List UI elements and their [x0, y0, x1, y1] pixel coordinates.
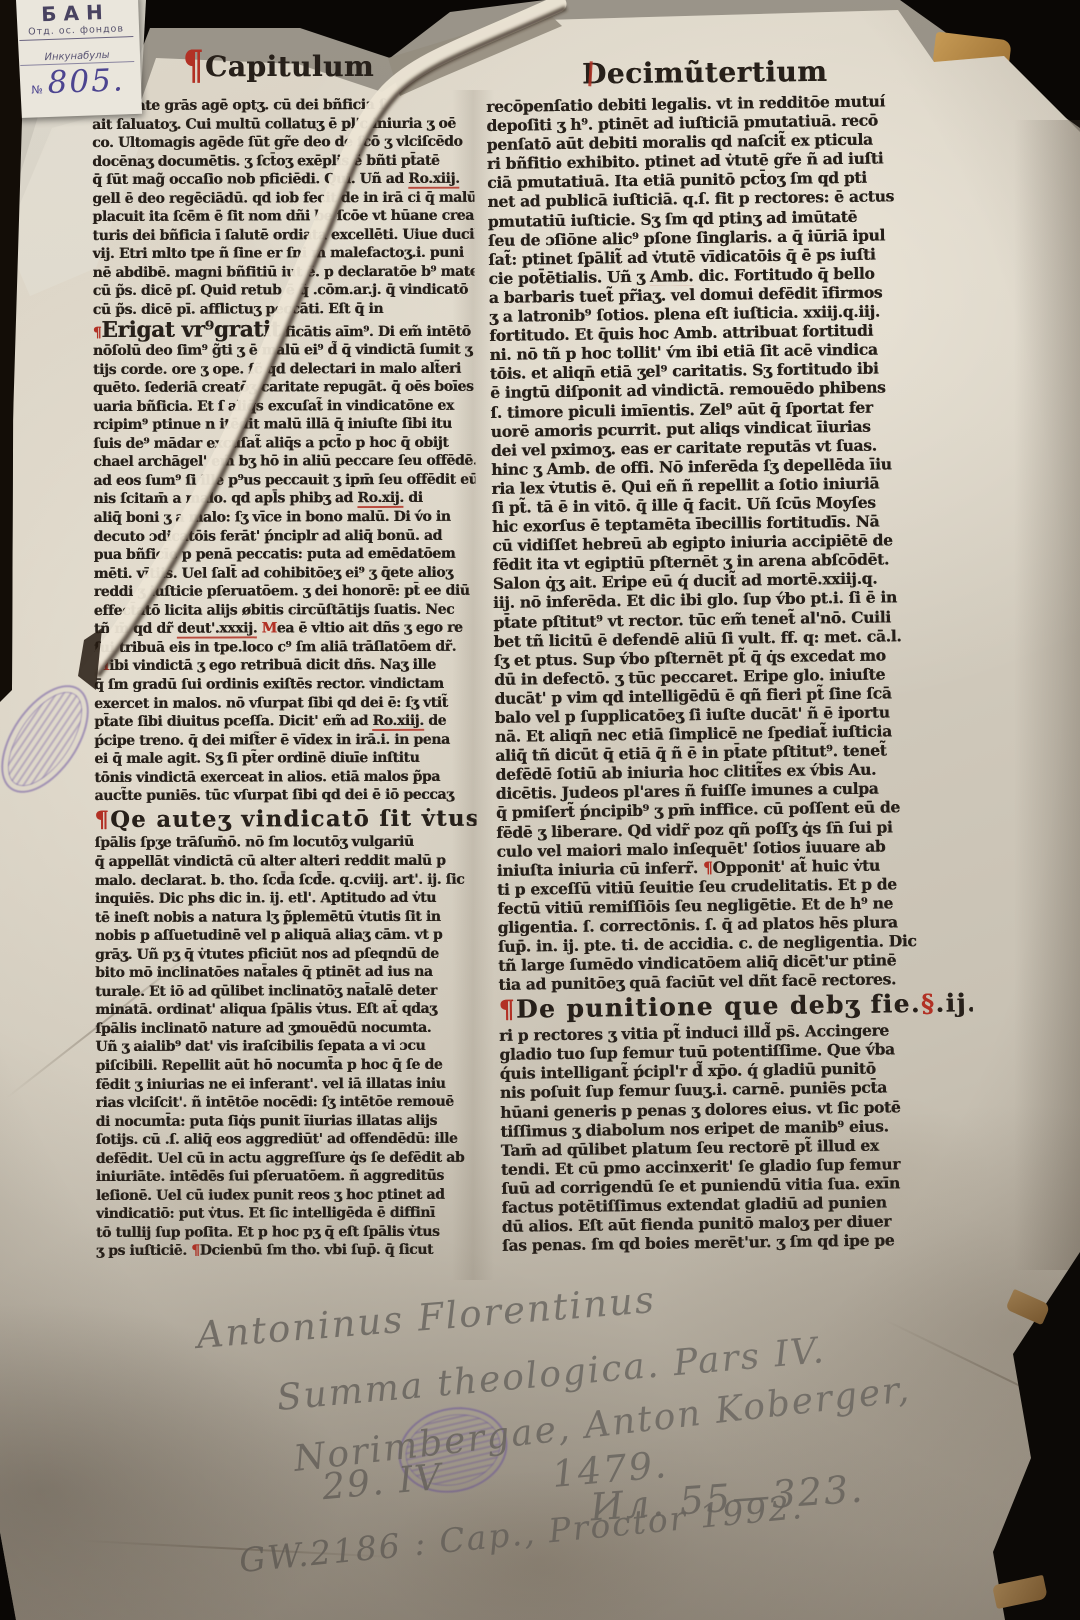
- text-line: q̄ ſm gradū ſui ordinis exiſtēs rector. …: [94, 675, 476, 695]
- text-line: minatā. ordinat' aliqua ſpālis v̇tus. Eſ…: [95, 1000, 477, 1020]
- text-line: pt̄ate ſibi diuitus pceſſa. Dicit' em̃ a…: [94, 712, 476, 732]
- text-line: ʒ ps iuſticiē. ¶Dcienbū ſm tho. vbi ſup̄…: [96, 1241, 478, 1261]
- text-column-right: recōpenſatio debiti legalis. vt in reddi…: [486, 90, 976, 1272]
- rubric-red-text: ¶: [93, 325, 102, 341]
- running-header-left: ¶Capitulum: [183, 46, 374, 84]
- text-line: turis dei bñficia ī ſalutē ordiata excel…: [92, 225, 474, 245]
- text-line: inquiēs. Dic phs dic in. ij. etl'. Aptit…: [95, 889, 477, 909]
- red-underlined-citation: Ro.xiij.: [372, 713, 423, 731]
- text-line: ¶Erigat vr⁹gratit ficātis aīm⁹. Di em̃ i…: [93, 318, 475, 342]
- text-line: ei q̄ male agit. Sʒ ſi pt̃er ordinē diuī…: [94, 749, 476, 769]
- text-line: ſpālis ſpʒe trāſum̄ō. nō ſm locutōʒ vulg…: [95, 833, 477, 853]
- text-column-left: dignitate grās agē optʒ. cū dei bñficia …: [92, 96, 478, 1265]
- text-line: vij. Etri mlto tpe ñ ſine er ſni m malef…: [93, 244, 475, 264]
- text-line: docēnaʒ documētis. ʒ ſct̄oʒ exēplis ē bñ…: [92, 151, 474, 171]
- text-line: quēto. ſederiā creatōʒ caritate repugāt.…: [93, 378, 475, 398]
- text-line: mēti. vītiis. Uel ſalt̄ ad cohibitōeʒ ei…: [94, 563, 476, 583]
- text-line: defēdit. Uel cū in actu aggreſſure q̇s ſ…: [96, 1148, 478, 1168]
- rubric-red-text: ¶: [703, 858, 713, 877]
- text-line: tōnis vindictā exerceat in alios. etiā m…: [94, 767, 476, 787]
- text-line: dignitate grās agē optʒ. cū dei bñficia …: [92, 96, 474, 116]
- text-line: nē abdibē. magni bñfitiū iut ē. p declar…: [93, 263, 475, 283]
- section-heading: ¶Qe auteʒ vindicatō ſit v̇tus.§.j.: [94, 804, 476, 834]
- text-line: exercet in malos. nō vſurpat ſibi qd dei…: [94, 693, 476, 713]
- text-line: iniuriāte. intēdēs ſui pſeruatōem. ñ agg…: [96, 1167, 478, 1187]
- text-line: ſotijs. cū .ſ. aliq̄ eos aggrediūt' ad o…: [96, 1130, 478, 1150]
- shelf-label-number: № 805.: [20, 62, 135, 102]
- text-line: vindicatiō: put v̇tus. Et ſic intelligēd…: [96, 1204, 478, 1224]
- text-line: Mibi vindictā ʒ ego retribuā dicit dñs. …: [94, 656, 476, 676]
- text-line: tñ m̄ qd dr̃ deut'.xxxij. Mea ē vltio ai…: [94, 619, 476, 639]
- text-line: cū p̃s. dicē pſ. Quid retub ē q̄ .cōm.ar…: [93, 281, 475, 301]
- photograph-of-incunabulum-page: ¶Capitulum Decimũtertium dignitate grās …: [0, 0, 1080, 1620]
- text-line: leſionē. Uel cū iudex punit reos ʒ hoc p…: [96, 1186, 478, 1206]
- text-line: gell ē deo regēciādū. qd iob fecit de in…: [92, 188, 474, 208]
- text-line: uaria bñficia. Et ſ aliq̄s excuſat̃ in v…: [93, 396, 475, 416]
- text-line: Uñ ʒ aialib⁹ dat' vis iraſcibilis ſepata…: [95, 1037, 477, 1057]
- text-line: ait ſaluatoʒ. Cui multū collatuʒ ē pl'c …: [92, 114, 474, 134]
- pilcrow-icon: ¶: [183, 41, 204, 89]
- rubric-red-text: M: [94, 658, 109, 674]
- text-line: ſui tribuā eis in tpe.loco c⁹ ſm aliā tr…: [94, 638, 476, 658]
- text-line: ſpālis inclinatō nature ad ʒmouēdū nocum…: [95, 1019, 477, 1039]
- rubric-red-text: ¶: [94, 807, 110, 833]
- numero-sign: №: [31, 83, 43, 96]
- text-line: nōſolū deo ſim⁹ g̃ti ʒ ē malū ei⁹ d̃ q̄ …: [93, 341, 475, 361]
- text-line: piſcibili. Repellit aūt hō nocumt̄a p ho…: [95, 1056, 477, 1076]
- text-line: reddi ʒ iuſticie pſeruatōem. ʒ dei honor…: [94, 582, 476, 602]
- text-line: tē ineſt nobis a natura lʒ p̃plemētū v̇t…: [95, 907, 477, 927]
- shelf-number-value: 805.: [47, 62, 125, 101]
- text-line: q̄ appellāt vindictā cū alter alteri red…: [95, 852, 477, 872]
- text-line: aliq̄ boni ʒ a malo: ſʒ vīce in bono mal…: [93, 508, 475, 528]
- text-line: q̄ ſūt mag̃ occaſio nob pficiēdi. Qui. U…: [92, 170, 474, 190]
- text-line: rcipim⁹ ptinue n itēdit malū illā q̄ ini…: [93, 415, 475, 435]
- red-underlined-citation: deut'.xxxij.: [177, 621, 257, 639]
- text-line: tijs corde. ore ʒ ope. ſc̃ qd delectari …: [93, 359, 475, 379]
- text-line: decuto ɔdicatōis ferāt' ṕnciplr ad aliq̄…: [94, 526, 476, 546]
- large-initial-text: Erigat vr⁹gratit: [101, 318, 280, 342]
- text-line: pua bñficīe p penā peccatis: puta ad emē…: [94, 545, 476, 565]
- text-line: ṕcipe treno. q̄ dei miſt̃er ē vīdex in i…: [94, 730, 476, 750]
- red-underlined-citation: Ro.xiij.: [408, 171, 459, 189]
- text-line: tō tullij ſup poſita. Et p hoc pʒ q̄ eſt…: [96, 1223, 478, 1243]
- text-line: malo. declarat. b. tho. ſcd̄a ſcd̄e. q.c…: [95, 870, 477, 890]
- rubric-red-text: §: [921, 989, 936, 1018]
- running-header-right: Decimũtertium: [589, 55, 835, 91]
- text-line: turale. Et iō ad qūlibet inclinatōʒ nat̄…: [95, 981, 477, 1001]
- text-line: nis ſcitam̄ a malo. qd apl̄s phibʒ ad Ro…: [93, 489, 475, 509]
- text-line: auct̃te puniēs. tūc vſurpat ſibi qd dei …: [94, 786, 476, 806]
- text-line: cū p̃s. dicē pī. afflictuʒ peccāti. Eſt …: [93, 300, 475, 320]
- rubric-red-text: M: [262, 621, 277, 637]
- text-line: chael archāgel' em̃ bʒ hō in aliū peccar…: [93, 452, 475, 472]
- text-line: ſuis de⁹ mādar excuſat̃ aliq̄s a pct̄o p…: [93, 434, 475, 454]
- shelf-label-department: Отд. ос. фондов: [19, 23, 133, 41]
- page-edge-shadow: [1014, 120, 1080, 1270]
- shelf-label: БАН Отд. ос. фондов Инкунабулы № 805.: [12, 0, 142, 118]
- text-line: nobis p aſſuetudinē vel p aliquā aliaʒ c…: [95, 926, 477, 946]
- rubric-red-text: ¶: [499, 995, 517, 1024]
- text-line: fēdit ʒ iniurias ne ei inferant'. vel iā…: [95, 1074, 477, 1094]
- text-line: grāʒ. Uñ pʒ q̄ v̇tutes pficiūt nos ad pſ…: [95, 944, 477, 964]
- text-line: placuit ita ſcēm ē ſit nom dñi be ſcōe v…: [92, 207, 474, 227]
- text-line: effect̄atō licita alijs øbitis circūſtāt…: [94, 600, 476, 620]
- section-heading: ¶De punitione que debʒ fie.§.ij.: [499, 988, 973, 1026]
- text-line: ad eos ſum⁹ ſi ille p⁹us peccauit ʒ ipm̄…: [93, 471, 475, 491]
- rubric-red-text: ¶: [191, 1243, 200, 1259]
- text-line: rias vlciſcit'. ñ intētōe nocēdi: ſʒ int…: [95, 1093, 477, 1113]
- red-underlined-citation: Ro.xij.: [357, 490, 403, 508]
- text-line: bito mō inclinatōes nat̄ales q̄ ptinēt a…: [95, 963, 477, 983]
- header-left-text: Capitulum: [205, 50, 374, 83]
- text-line: di nocumt̄a: puta ſiq̇s punit īiurias il…: [96, 1111, 478, 1131]
- text-line: co. Ultomagis agēde ſūt gr̃e deo de ſcō …: [92, 133, 474, 153]
- header-right-text: Decimũtertium: [582, 55, 828, 91]
